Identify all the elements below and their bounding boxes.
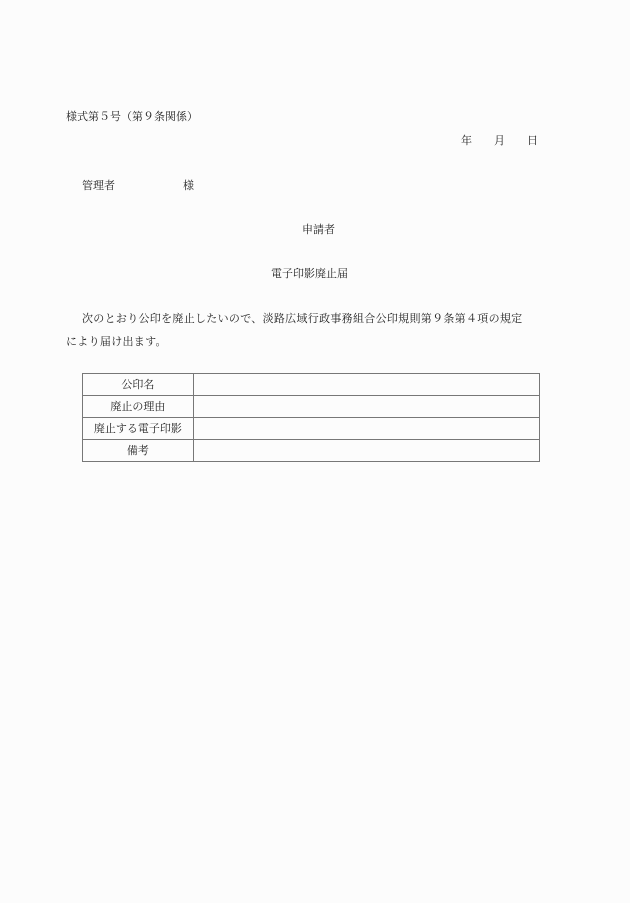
addressee-name: 管理者 [82,179,115,192]
applicant-label: 申請者 [302,223,335,237]
row-label-remarks: 備考 [83,440,194,462]
row-value-seal-image[interactable] [193,418,539,440]
table-row: 公印名 [83,374,540,396]
body-text-line1: 次のとおり公印を廃止したいので、淡路広域行政事務組合公印規則第９条第４項の規定 [82,312,522,326]
table-row: 備考 [83,440,540,462]
form-number: 様式第５号（第９条関係） [66,110,198,124]
row-value-reason[interactable] [193,396,539,418]
row-label-seal-name: 公印名 [83,374,194,396]
row-value-seal-name[interactable] [193,374,539,396]
info-table: 公印名 廃止の理由 廃止する電子印影 備考 [82,373,540,462]
date-line: 年月日 [461,134,538,148]
date-day-label: 日 [527,134,538,148]
addressee-honorific: 様 [183,179,194,192]
date-month-label: 月 [494,134,505,148]
body-text-line2: により届け出ます。 [66,335,167,349]
row-label-reason: 廃止の理由 [83,396,194,418]
date-year-label: 年 [461,134,472,148]
table-row: 廃止する電子印影 [83,418,540,440]
row-label-seal-image: 廃止する電子印影 [83,418,194,440]
table-row: 廃止の理由 [83,396,540,418]
row-value-remarks[interactable] [193,440,539,462]
document-title: 電子印影廃止届 [271,267,348,281]
addressee: 管理者様 [82,179,194,193]
